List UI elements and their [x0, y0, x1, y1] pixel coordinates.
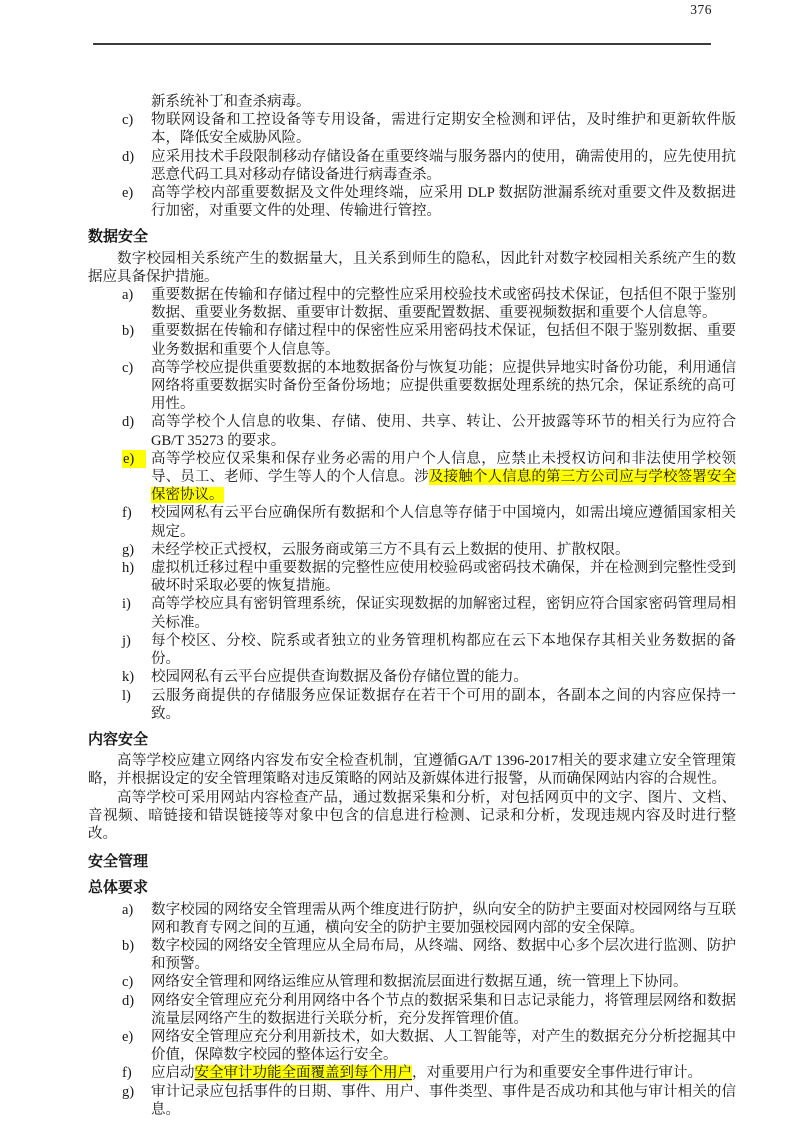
list-item: b) 重要数据在传输和存储过程中的保密性应采用密码技术保证，包括但不限于鉴别数据…	[88, 322, 736, 358]
list-item: c) 网络安全管理和网络运维应从管理和数据流层面进行数据互通，统一管理上下协同。	[88, 973, 736, 991]
list-item: a) 数字校园的网络安全管理需从两个维度进行防护，纵向安全的防护主要面对校园网络…	[88, 901, 736, 937]
list-item: h) 虚拟机迁移过程中重要数据的完整性应使用校验码或密码技术确保，并在检测到完整…	[88, 559, 736, 595]
list-item: b) 数字校园的网络安全管理应从全局布局，从终端、网络、数据中心多个层次进行监测…	[88, 937, 736, 973]
list-item-text: 高等学校内部重要数据及文件处理终端，应采用 DLP 数据防泄漏系统对重要文件及数…	[151, 185, 736, 219]
list-item: j) 每个校区、分校、院系或者独立的业务管理机构都应在云下本地保存其相关业务数据…	[88, 632, 736, 668]
list-item-text: 高等学校应提供重要数据的本地数据备份与恢复功能；应提供异地实时备份功能，利用通信…	[151, 360, 736, 412]
list-item: g) 未经学校正式授权，云服务商或第三方不具有云上数据的使用、扩散权限。	[88, 541, 736, 559]
paragraph: 数字校园相关系统产生的数据量大，且关系到师生的隐私，因此针对数字校园相关系统产生…	[88, 250, 736, 286]
list-item-text: 新系统补丁和查杀病毒。	[151, 94, 311, 110]
list-item-text: 审计记录应包括事件的日期、事件、用户、事件类型、事件是否成功和其他与审计相关的信…	[151, 1084, 736, 1118]
list-item: d) 应采用技术手段限制移动存储设备在重要终端与服务器内的使用，确需使用的，应先…	[88, 148, 736, 184]
list-marker: b)	[122, 937, 134, 955]
list-marker: e)	[122, 1028, 133, 1046]
list-item: g) 审计记录应包括事件的日期、事件、用户、事件类型、事件是否成功和其他与审计相…	[88, 1083, 736, 1119]
list-item-text: 校园网私有云平台应确保所有数据和个人信息等存储于中国境内，如需出境应遵循国家相关…	[151, 505, 736, 539]
plain-text-run: 应启动	[151, 1065, 195, 1081]
list-item-text: 虚拟机迁移过程中重要数据的完整性应使用校验码或密码技术确保，并在检测到完整性受到…	[151, 560, 736, 594]
list-marker: f)	[122, 504, 132, 522]
list-item-text: 每个校区、分校、院系或者独立的业务管理机构都应在云下本地保存其相关业务数据的备份…	[151, 633, 736, 667]
list-marker: f)	[122, 1064, 132, 1082]
list-item: a) 重要数据在传输和存储过程中的完整性应采用校验技术或密码技术保证，包括但不限…	[88, 286, 736, 322]
list-marker: a)	[122, 286, 133, 304]
section-title-content-security: 内容安全	[88, 731, 736, 749]
list-item-text: 网络安全管理和网络运维应从管理和数据流层面进行数据互通，统一管理上下协同。	[151, 974, 688, 990]
list-item: d) 高等学校个人信息的收集、存储、使用、共享、转让、公开披露等环节的相关行为应…	[88, 413, 736, 449]
page-number: 376	[690, 2, 712, 18]
list-item: k) 校园网私有云平台应提供查询数据及备份存储位置的能力。	[88, 668, 736, 686]
list-item-text: 数字校园的网络安全管理需从两个维度进行防护，纵向安全的防护主要面对校园网络与互联…	[151, 902, 736, 936]
list-item: i) 高等学校应具有密钥管理系统，保证实现数据的加解密过程，密钥应符合国家密码管…	[88, 595, 736, 631]
list-item: c) 高等学校应提供重要数据的本地数据备份与恢复功能；应提供异地实时备份功能，利…	[88, 359, 736, 414]
list-item: d) 网络安全管理应充分利用网络中各个节点的数据采集和日志记录能力，将管理层网络…	[88, 992, 736, 1028]
list-marker: d)	[122, 148, 134, 166]
list-item-text: 网络安全管理应充分利用网络中各个节点的数据采集和日志记录能力，将管理层网络和数据…	[151, 993, 736, 1027]
section-title-security-management: 安全管理	[88, 853, 736, 871]
list-item-text: 高等学校应具有密钥管理系统，保证实现数据的加解密过程，密钥应符合国家密码管理局相…	[151, 596, 736, 630]
list-item-text: 重要数据在传输和存储过程中的保密性应采用密码技术保证，包括但不限于鉴别数据、重要…	[151, 323, 736, 357]
list-marker: c)	[122, 973, 133, 991]
list-marker: d)	[122, 992, 134, 1010]
list-item-text: 网络安全管理应充分利用新技术，如大数据、人工智能等，对产生的数据充分分析挖掘其中…	[151, 1029, 736, 1063]
list-marker: b)	[122, 322, 134, 340]
page-content: 新系统补丁和查杀病毒。 c) 物联网设备和工控设备等专用设备，需进行定期安全检测…	[88, 93, 736, 1119]
list-marker: c)	[122, 359, 133, 377]
list-item: e) 高等学校内部重要数据及文件处理终端，应采用 DLP 数据防泄漏系统对重要文…	[88, 184, 736, 220]
list-marker: c)	[122, 111, 133, 129]
list-item-text: 重要数据在传输和存储过程中的完整性应采用校验技术或密码技术保证，包括但不限于鉴别…	[151, 287, 736, 321]
list-item: c) 物联网设备和工控设备等专用设备，需进行定期安全检测和评估，及时维护和更新软…	[88, 111, 736, 147]
list-item-text: 应启动安全审计功能全面覆盖到每个用户，对重要用户行为和重要安全事件进行审计。	[151, 1065, 702, 1081]
list-marker-highlighted: e)	[122, 450, 146, 468]
section-title-overall-requirements: 总体要求	[88, 879, 736, 897]
list-item: e) 网络安全管理应充分利用新技术，如大数据、人工智能等，对产生的数据充分分析挖…	[88, 1028, 736, 1064]
list-marker: h)	[122, 559, 134, 577]
list-item-highlighted: e) 高等学校应仅采集和保存业务必需的用户个人信息，应禁止未授权访问和非法使用学…	[88, 450, 736, 505]
list-item-text: 云服务商提供的存储服务应保证数据存在若干个可用的副本，各副本之间的内容应保持一致…	[151, 688, 736, 722]
list-item-highlighted: f) 应启动安全审计功能全面覆盖到每个用户，对重要用户行为和重要安全事件进行审计…	[88, 1064, 736, 1082]
list-marker: g)	[122, 541, 134, 559]
list-item: f) 校园网私有云平台应确保所有数据和个人信息等存储于中国境内，如需出境应遵循国…	[88, 504, 736, 540]
header-rule	[93, 43, 711, 45]
highlighted-underlined-text: 安全审计功能全面覆盖到每个用户	[195, 1065, 413, 1081]
list-item: l) 云服务商提供的存储服务应保证数据存在若干个可用的副本，各副本之间的内容应保…	[88, 687, 736, 723]
list-item-text: 高等学校应仅采集和保存业务必需的用户个人信息，应禁止未授权访问和非法使用学校领导…	[151, 451, 736, 503]
list-item-text: 高等学校个人信息的收集、存储、使用、共享、转让、公开披露等环节的相关行为应符合 …	[151, 414, 736, 448]
list-marker: k)	[122, 668, 134, 686]
list-item-text: 应采用技术手段限制移动存储设备在重要终端与服务器内的使用，确需使用的，应先使用抗…	[151, 149, 736, 183]
list-marker: j)	[122, 632, 131, 650]
list-item-text: 校园网私有云平台应提供查询数据及备份存储位置的能力。	[151, 669, 528, 685]
list-marker: d)	[122, 413, 134, 431]
list-item-text: 物联网设备和工控设备等专用设备，需进行定期安全检测和评估，及时维护和更新软件版本…	[151, 112, 736, 146]
list-marker: e)	[122, 184, 133, 202]
list-item-text: 未经学校正式授权，云服务商或第三方不具有云上数据的使用、扩散权限。	[151, 542, 630, 558]
list-marker: g)	[122, 1083, 134, 1101]
paragraph: 高等学校可采用网站内容检查产品，通过数据采集和分析，对包括网页中的文字、图片、文…	[88, 789, 736, 844]
list-marker: l)	[122, 687, 131, 705]
paragraph: 高等学校应建立网络内容发布安全检查机制，宜遵循GA/T 1396-2017相关的…	[88, 752, 736, 788]
list-marker: i)	[122, 595, 131, 613]
list-continuation-line: 新系统补丁和查杀病毒。	[88, 93, 736, 111]
section-title-data-security: 数据安全	[88, 228, 736, 246]
plain-text-run: ，对重要用户行为和重要安全事件进行审计。	[412, 1065, 702, 1081]
list-marker: a)	[122, 901, 133, 919]
list-item-text: 数字校园的网络安全管理应从全局布局，从终端、网络、数据中心多个层次进行监测、防护…	[151, 938, 736, 972]
